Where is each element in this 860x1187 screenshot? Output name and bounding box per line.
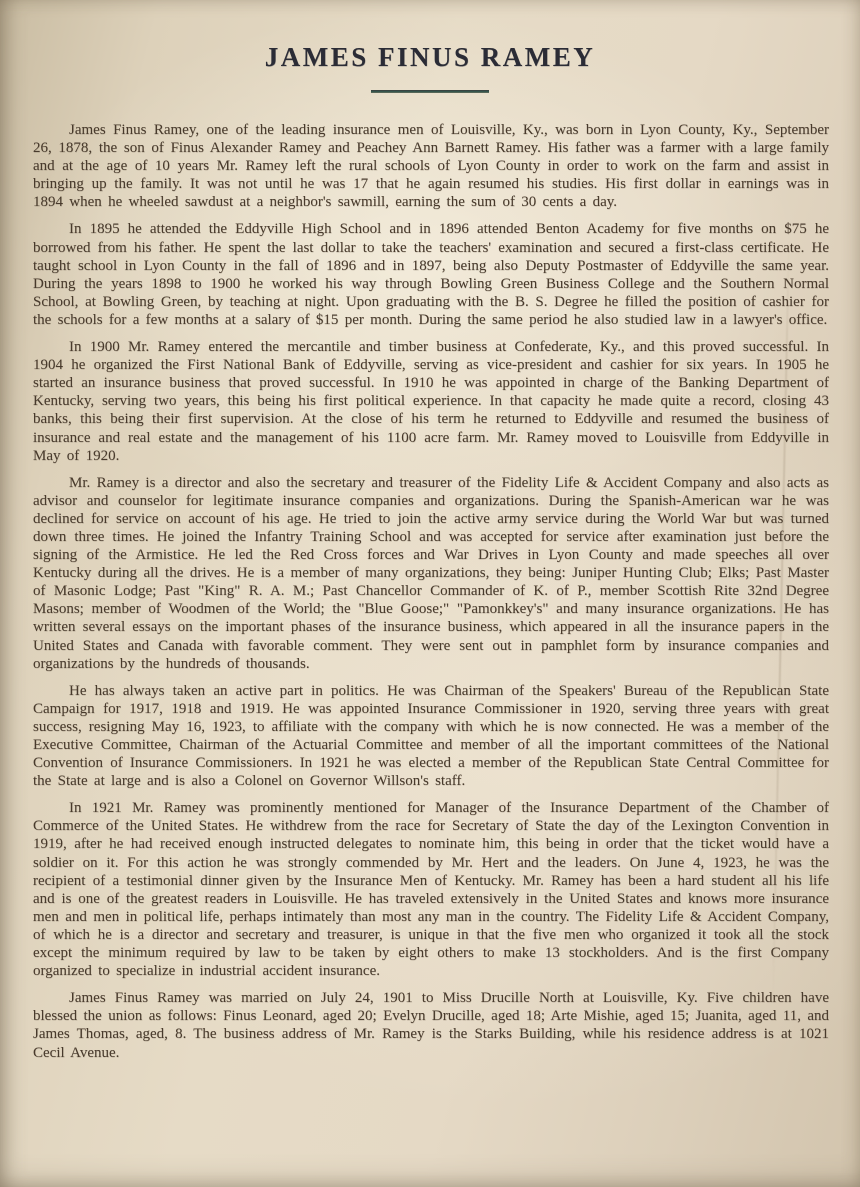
biography-paragraph: In 1895 he attended the Eddyville High S… — [33, 220, 829, 329]
page-title: JAMES FINUS RAMEY — [0, 0, 860, 73]
biography-paragraph: Mr. Ramey is a director and also the sec… — [33, 474, 829, 673]
biography-paragraph: James Finus Ramey was married on July 24… — [33, 989, 829, 1061]
biography-paragraph: In 1921 Mr. Ramey was prominently mentio… — [33, 799, 829, 980]
biography-paragraph: James Finus Ramey, one of the leading in… — [33, 121, 829, 211]
biography-text: James Finus Ramey, one of the leading in… — [0, 93, 860, 1062]
biography-paragraph: He has always taken an active part in po… — [33, 682, 829, 791]
scanned-biography-page: JAMES FINUS RAMEY James Finus Ramey, one… — [0, 0, 860, 1187]
biography-paragraph: In 1900 Mr. Ramey entered the mercantile… — [33, 338, 829, 465]
